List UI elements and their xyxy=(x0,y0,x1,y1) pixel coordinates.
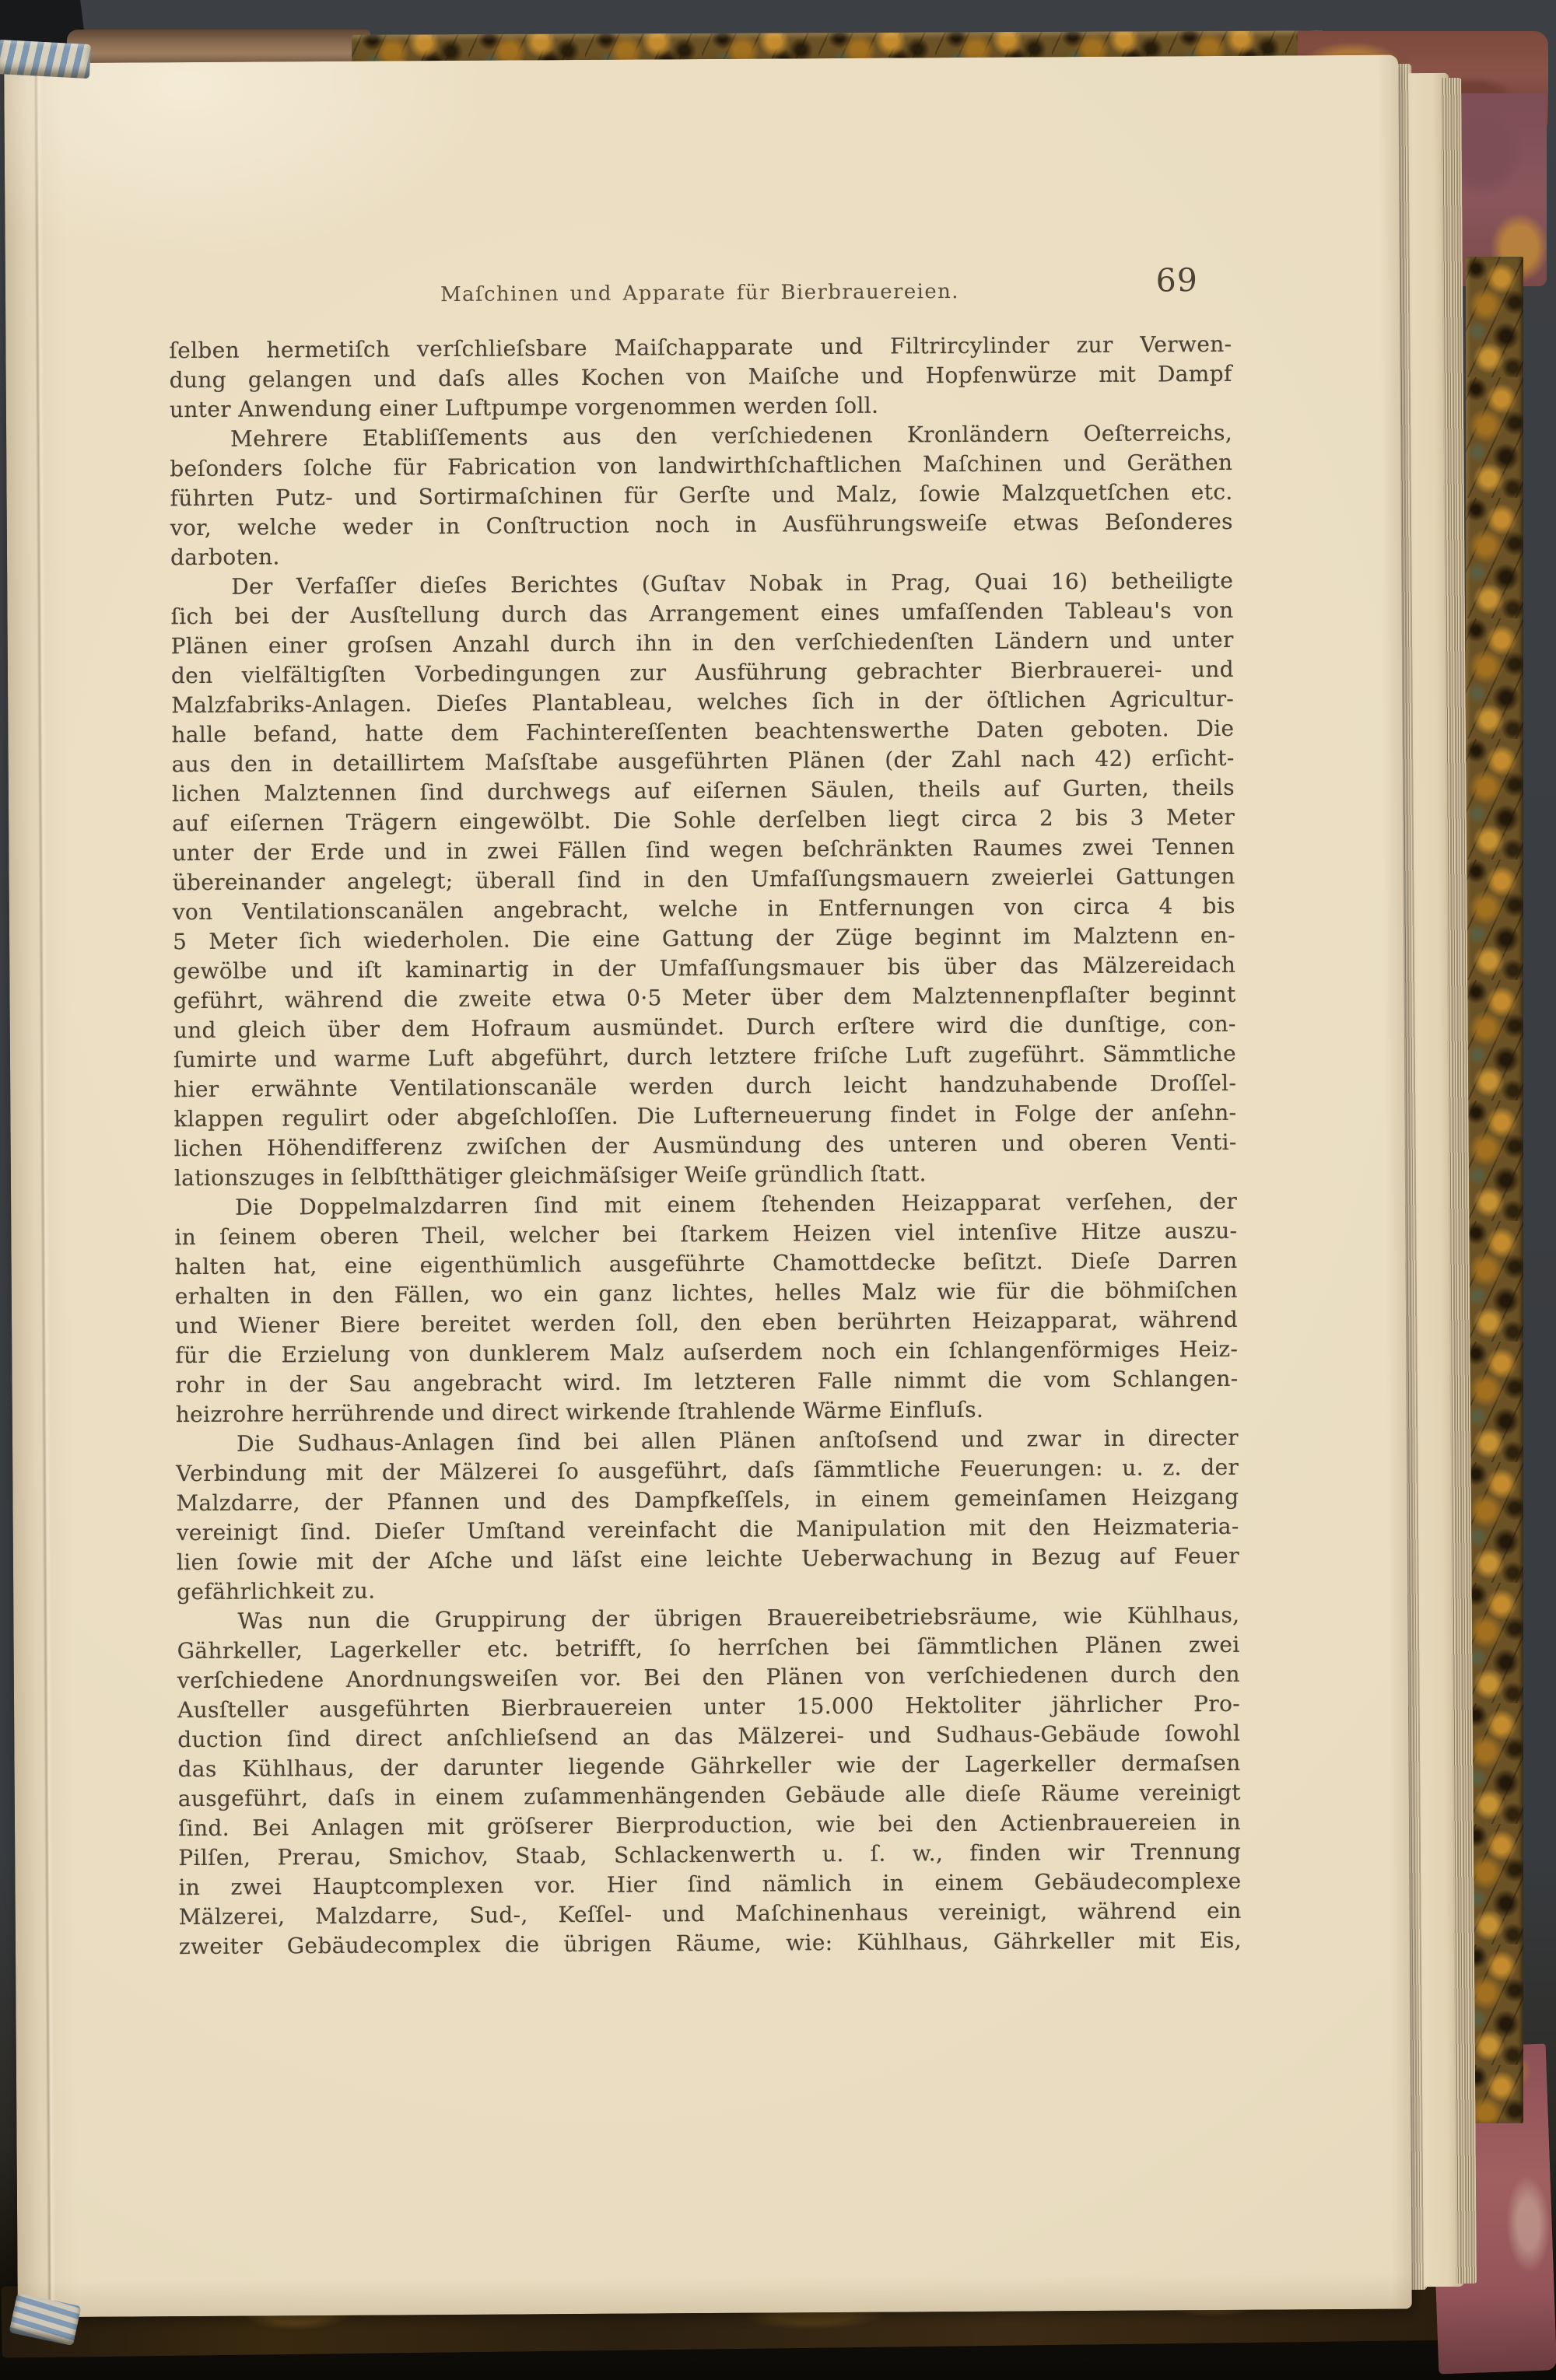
running-title: Maſchinen und Apparate für Bierbrauereie… xyxy=(169,278,1231,308)
paragraph: Die Doppelmalzdarren ſind mit einem ſteh… xyxy=(174,1187,1239,1430)
book-page: Maſchinen und Apparate für Bierbrauereie… xyxy=(4,55,1412,2318)
paragraph: ſelben hermetiſch verſchlieſsbare Maiſch… xyxy=(169,330,1232,425)
text-block: ſelben hermetiſch verſchlieſsbare Maiſch… xyxy=(169,330,1242,1962)
paragraph: Mehrere Etabliſſements aus den verſchied… xyxy=(170,418,1233,572)
headband xyxy=(0,40,91,79)
marbled-fore-edge xyxy=(1466,257,1523,2123)
paragraph: Der Verfaſſer dieſes Berichtes (Guſtav N… xyxy=(170,566,1237,1193)
page-number: 69 xyxy=(1156,261,1198,299)
photo-of-book-page: { "photo": { "background_color": "#3a3d4… xyxy=(0,0,1556,2380)
paragraph: Was nun die Gruppirung der übrigen Braue… xyxy=(177,1601,1242,1962)
text-line: zweiter Gebäudecomplex die übrigen Räume… xyxy=(179,1926,1242,1962)
page-header: Maſchinen und Apparate für Bierbrauereie… xyxy=(169,268,1231,320)
paragraph: Die Sudhaus-Anlagen ſind bei allen Pläne… xyxy=(176,1423,1239,1607)
